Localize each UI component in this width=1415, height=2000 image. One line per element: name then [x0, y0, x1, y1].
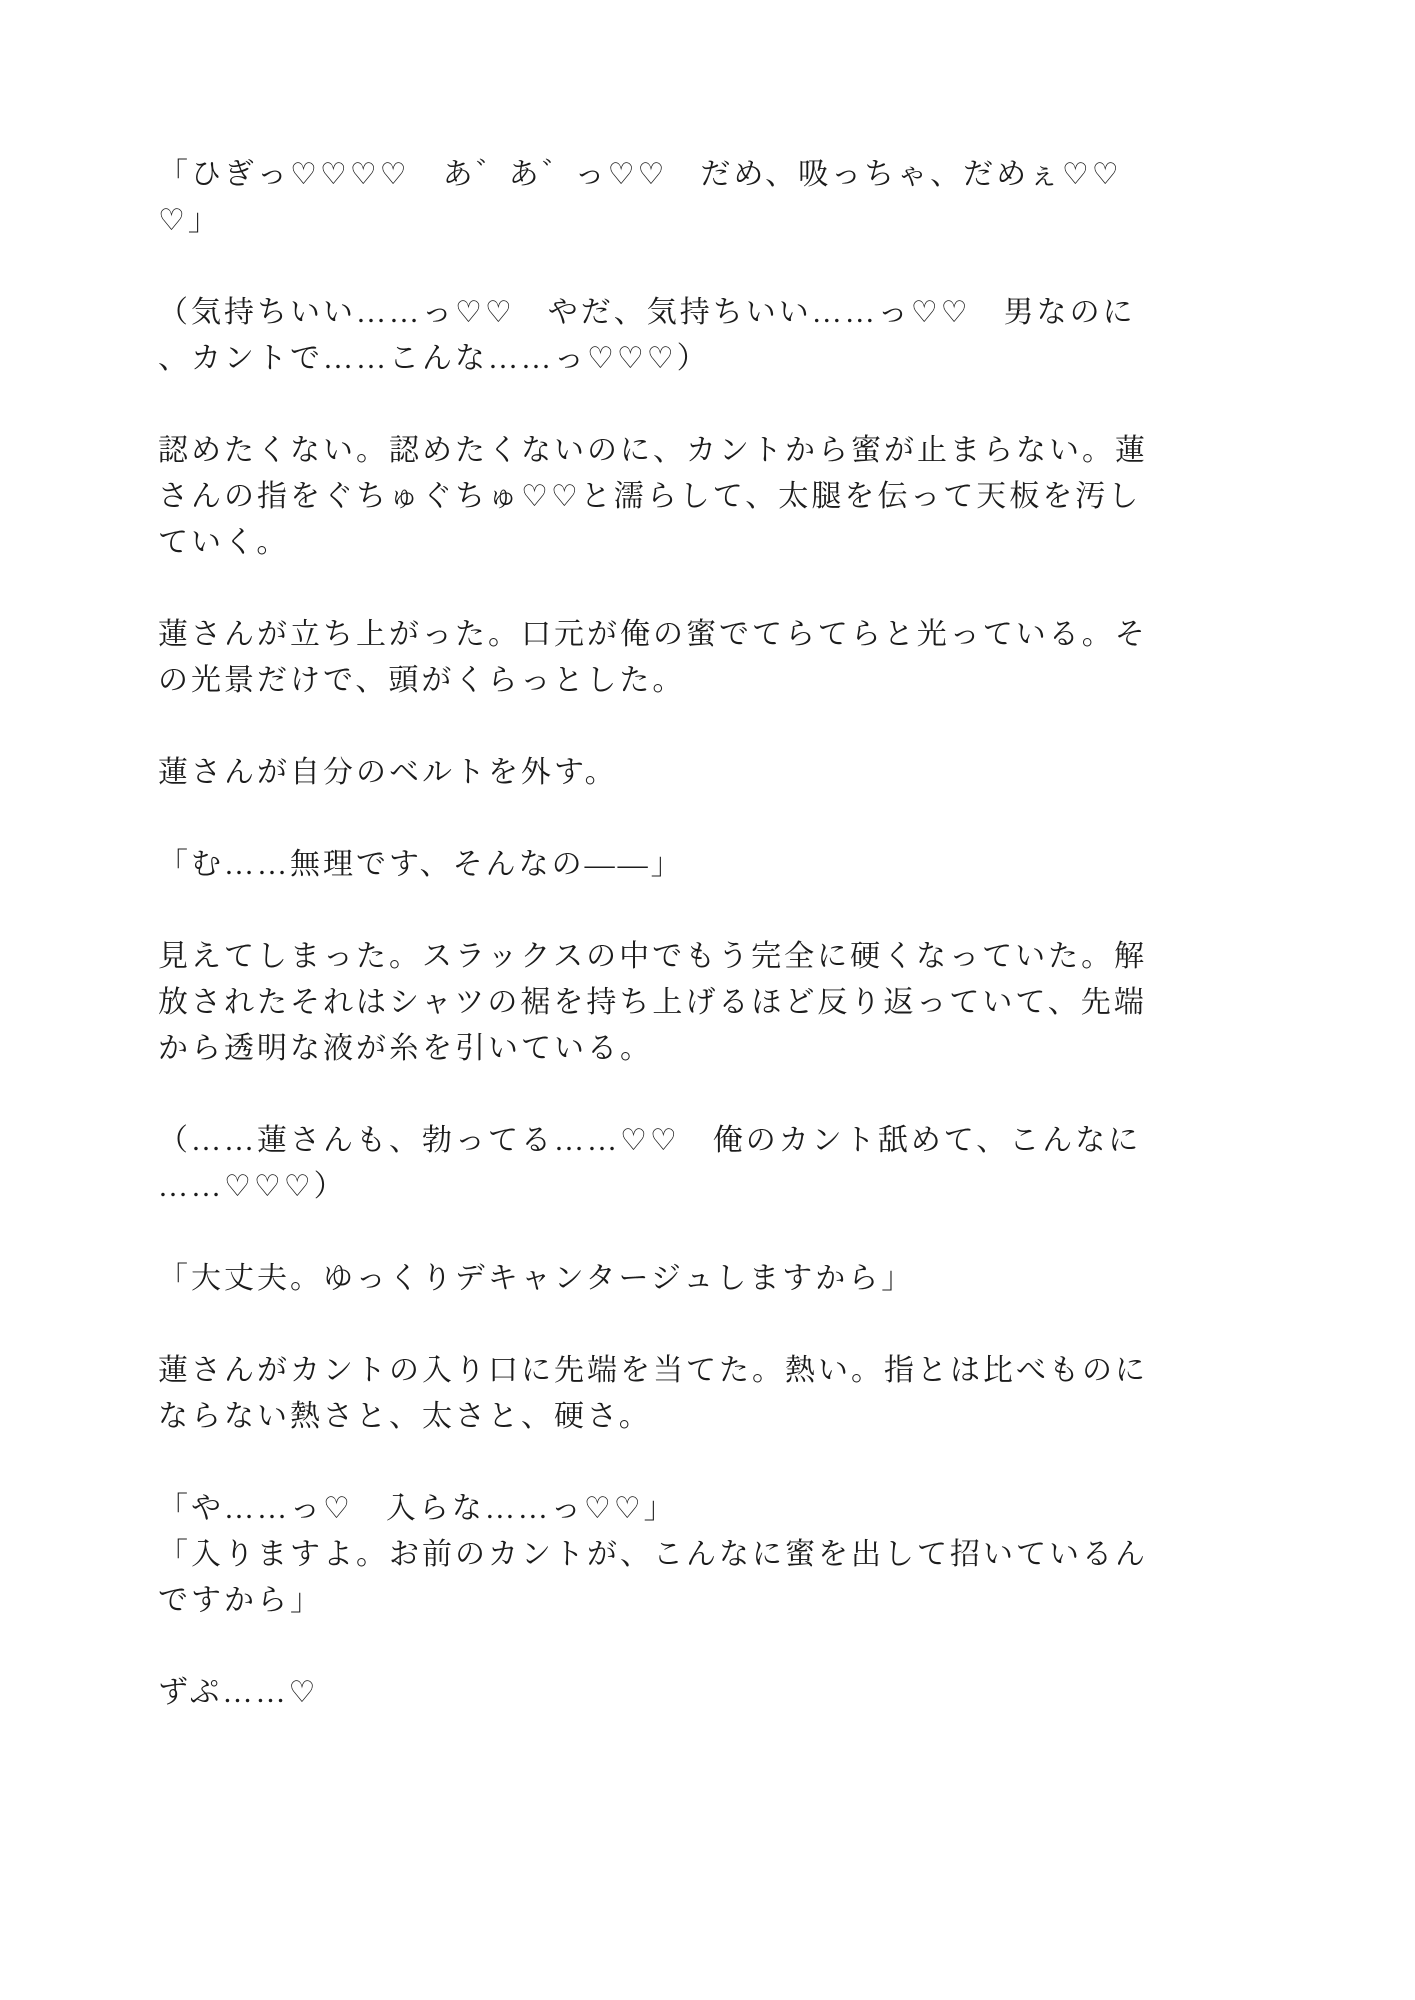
- text-line: （気持ちいい……っ♡♡ やだ、気持ちいい……っ♡♡ 男なのに: [158, 290, 1275, 336]
- text-line: ……♡♡♡）: [158, 1164, 1275, 1210]
- paragraph: 蓮さんがカントの入り口に先端を当てた。熱い。指とは比べものにならない熱さと、太さ…: [158, 1348, 1275, 1440]
- story-text: 「ひぎっ♡♡♡♡ あ゛あ゛っ♡♡ だめ、吸っちゃ、だめぇ♡♡♡」（気持ちいい………: [0, 0, 1415, 1716]
- text-line: （……蓮さんも、勃ってる……♡♡ 俺のカント舐めて、こんなに: [158, 1118, 1275, 1164]
- text-line: 「大丈夫。ゆっくりデキャンタージュしますから」: [158, 1256, 1275, 1302]
- paragraph: 見えてしまった。スラックスの中でもう完全に硬くなっていた。解放されたそれはシャツ…: [158, 934, 1275, 1072]
- paragraph: （気持ちいい……っ♡♡ やだ、気持ちいい……っ♡♡ 男なのに、カントで……こんな…: [158, 290, 1275, 382]
- text-line: ていく。: [158, 520, 1275, 566]
- text-line: ならない熱さと、太さと、硬さ。: [158, 1394, 1275, 1440]
- paragraph: 「む……無理です、そんなの――」: [158, 842, 1275, 888]
- paragraph: （……蓮さんも、勃ってる……♡♡ 俺のカント舐めて、こんなに……♡♡♡）: [158, 1118, 1275, 1210]
- text-line: 「む……無理です、そんなの――」: [158, 842, 1275, 888]
- paragraph: 「ひぎっ♡♡♡♡ あ゛あ゛っ♡♡ だめ、吸っちゃ、だめぇ♡♡♡」: [158, 152, 1275, 244]
- paragraph: 蓮さんが自分のベルトを外す。: [158, 750, 1275, 796]
- text-line: ♡」: [158, 198, 1275, 244]
- paragraph: 認めたくない。認めたくないのに、カントから蜜が止まらない。蓮さんの指をぐちゅぐち…: [158, 428, 1275, 566]
- text-line: 蓮さんが自分のベルトを外す。: [158, 750, 1275, 796]
- paragraph: 「や……っ♡ 入らな……っ♡♡」「入りますよ。お前のカントが、こんなに蜜を出して…: [158, 1486, 1275, 1624]
- text-line: 放されたそれはシャツの裾を持ち上げるほど反り返っていて、先端: [158, 980, 1275, 1026]
- text-line: の光景だけで、頭がくらっとした。: [158, 658, 1275, 704]
- text-line: 蓮さんが立ち上がった。口元が俺の蜜でてらてらと光っている。そ: [158, 612, 1275, 658]
- text-line: ですから」: [158, 1578, 1275, 1624]
- paragraph: ずぷ……♡: [158, 1670, 1275, 1716]
- text-line: 「や……っ♡ 入らな……っ♡♡」: [158, 1486, 1275, 1532]
- text-line: 蓮さんがカントの入り口に先端を当てた。熱い。指とは比べものに: [158, 1348, 1275, 1394]
- text-line: 「入りますよ。お前のカントが、こんなに蜜を出して招いているん: [158, 1532, 1275, 1578]
- paragraph: 「大丈夫。ゆっくりデキャンタージュしますから」: [158, 1256, 1275, 1302]
- paragraph: 蓮さんが立ち上がった。口元が俺の蜜でてらてらと光っている。その光景だけで、頭がく…: [158, 612, 1275, 704]
- text-line: さんの指をぐちゅぐちゅ♡♡と濡らして、太腿を伝って天板を汚し: [158, 474, 1275, 520]
- document-page: 「ひぎっ♡♡♡♡ あ゛あ゛っ♡♡ だめ、吸っちゃ、だめぇ♡♡♡」（気持ちいい………: [0, 0, 1415, 2000]
- text-line: 「ひぎっ♡♡♡♡ あ゛あ゛っ♡♡ だめ、吸っちゃ、だめぇ♡♡: [158, 152, 1275, 198]
- text-line: 認めたくない。認めたくないのに、カントから蜜が止まらない。蓮: [158, 428, 1275, 474]
- text-line: 、カントで……こんな……っ♡♡♡）: [158, 336, 1275, 382]
- text-line: 見えてしまった。スラックスの中でもう完全に硬くなっていた。解: [158, 934, 1275, 980]
- text-line: から透明な液が糸を引いている。: [158, 1026, 1275, 1072]
- text-line: ずぷ……♡: [158, 1670, 1275, 1716]
